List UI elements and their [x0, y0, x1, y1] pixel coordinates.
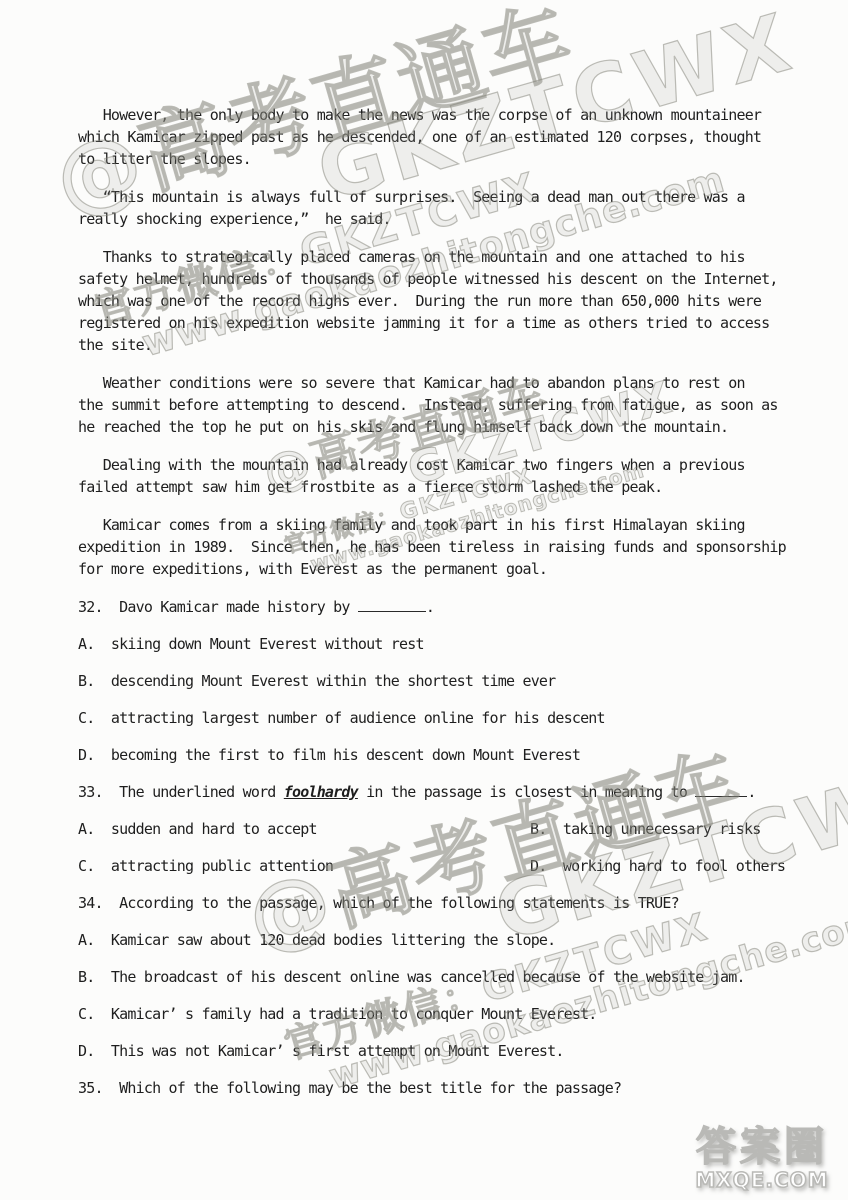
logo-title: 答案圈 [682, 1126, 842, 1168]
passage-line: “This mountain is always full of surpris… [78, 186, 790, 208]
passage-line: failed attempt saw him get frostbite as … [78, 476, 790, 498]
question-33-mid: in the passage is closest in meaning to [358, 783, 695, 801]
question-33-period: . [747, 783, 755, 801]
passage-line: the summit before attempting to descend.… [78, 394, 790, 416]
passage-line: he reached the top he put on his skis an… [78, 416, 790, 438]
option-row-33-ab: A. sudden and hard to accept B. taking u… [78, 818, 790, 840]
option-34-b: B. The broadcast of his descent online w… [78, 966, 790, 988]
question-32-text: 32. Davo Kamicar made history by [78, 598, 358, 616]
underlined-word-foolhardy: foolhardy [284, 783, 358, 801]
question-33-prefix: 33. The underlined word [78, 783, 284, 801]
answer-blank [358, 598, 426, 612]
passage-paragraph: Kamicar comes from a skiing family and t… [78, 514, 790, 580]
passage-paragraph: Thanks to strategically placed cameras o… [78, 246, 790, 356]
passage-line: Kamicar comes from a skiing family and t… [78, 514, 790, 536]
answer-site-logo: 答案圈 MXQE.COM [682, 1126, 842, 1192]
passage-line: the site. [78, 334, 790, 356]
passage-line: for more expeditions, with Everest as th… [78, 558, 790, 580]
exam-page: However, the only body to make the news … [0, 0, 848, 1200]
passage-line: expedition in 1989. Since then, he has b… [78, 536, 790, 558]
question-35-stem: 35. Which of the following may be the be… [78, 1077, 790, 1099]
passage-line: which was one of the record highs ever. … [78, 290, 790, 312]
answer-blank [695, 783, 747, 797]
option-34-c: C. Kamicar’ s family had a tradition to … [78, 1003, 790, 1025]
option-32-c: C. attracting largest number of audience… [78, 707, 790, 729]
question-32-stem: 32. Davo Kamicar made history by . [78, 596, 790, 618]
option-34-a: A. Kamicar saw about 120 dead bodies lit… [78, 929, 790, 951]
option-row-33-cd: C. attracting public attention D. workin… [78, 855, 790, 877]
option-32-d: D. becoming the first to film his descen… [78, 744, 790, 766]
option-32-a: A. skiing down Mount Everest without res… [78, 633, 790, 655]
passage-line: Weather conditions were so severe that K… [78, 372, 790, 394]
passage-paragraph: Dealing with the mountain had already co… [78, 454, 790, 498]
passage-line: registered on his expedition website jam… [78, 312, 790, 334]
question-32-period: . [426, 598, 434, 616]
option-33-c: C. attracting public attention [78, 855, 530, 877]
passage-line: Dealing with the mountain had already co… [78, 454, 790, 476]
passage-and-questions: However, the only body to make the news … [78, 104, 790, 1114]
passage-line: really shocking experience,” he said. [78, 208, 790, 230]
option-33-b: B. taking unnecessary risks [530, 818, 760, 840]
passage-paragraph: Weather conditions were so severe that K… [78, 372, 790, 438]
logo-site-url: MXQE.COM [682, 1168, 842, 1192]
passage-paragraph: “This mountain is always full of surpris… [78, 186, 790, 230]
passage-paragraph: However, the only body to make the news … [78, 104, 790, 170]
passage-line: Thanks to strategically placed cameras o… [78, 246, 790, 268]
passage-line: safety helmet, hundreds of thousands of … [78, 268, 790, 290]
option-34-d: D. This was not Kamicar’ s first attempt… [78, 1040, 790, 1062]
passage-line: to litter the slopes. [78, 148, 790, 170]
passage-line: However, the only body to make the news … [78, 104, 790, 126]
question-34-stem: 34. According to the passage, which of t… [78, 892, 790, 914]
option-33-d: D. working hard to fool others [530, 855, 785, 877]
question-33-stem: 33. The underlined word foolhardy in the… [78, 781, 790, 803]
option-33-a: A. sudden and hard to accept [78, 818, 530, 840]
passage-line: which Kamicar zipped past as he descende… [78, 126, 790, 148]
option-32-b: B. descending Mount Everest within the s… [78, 670, 790, 692]
